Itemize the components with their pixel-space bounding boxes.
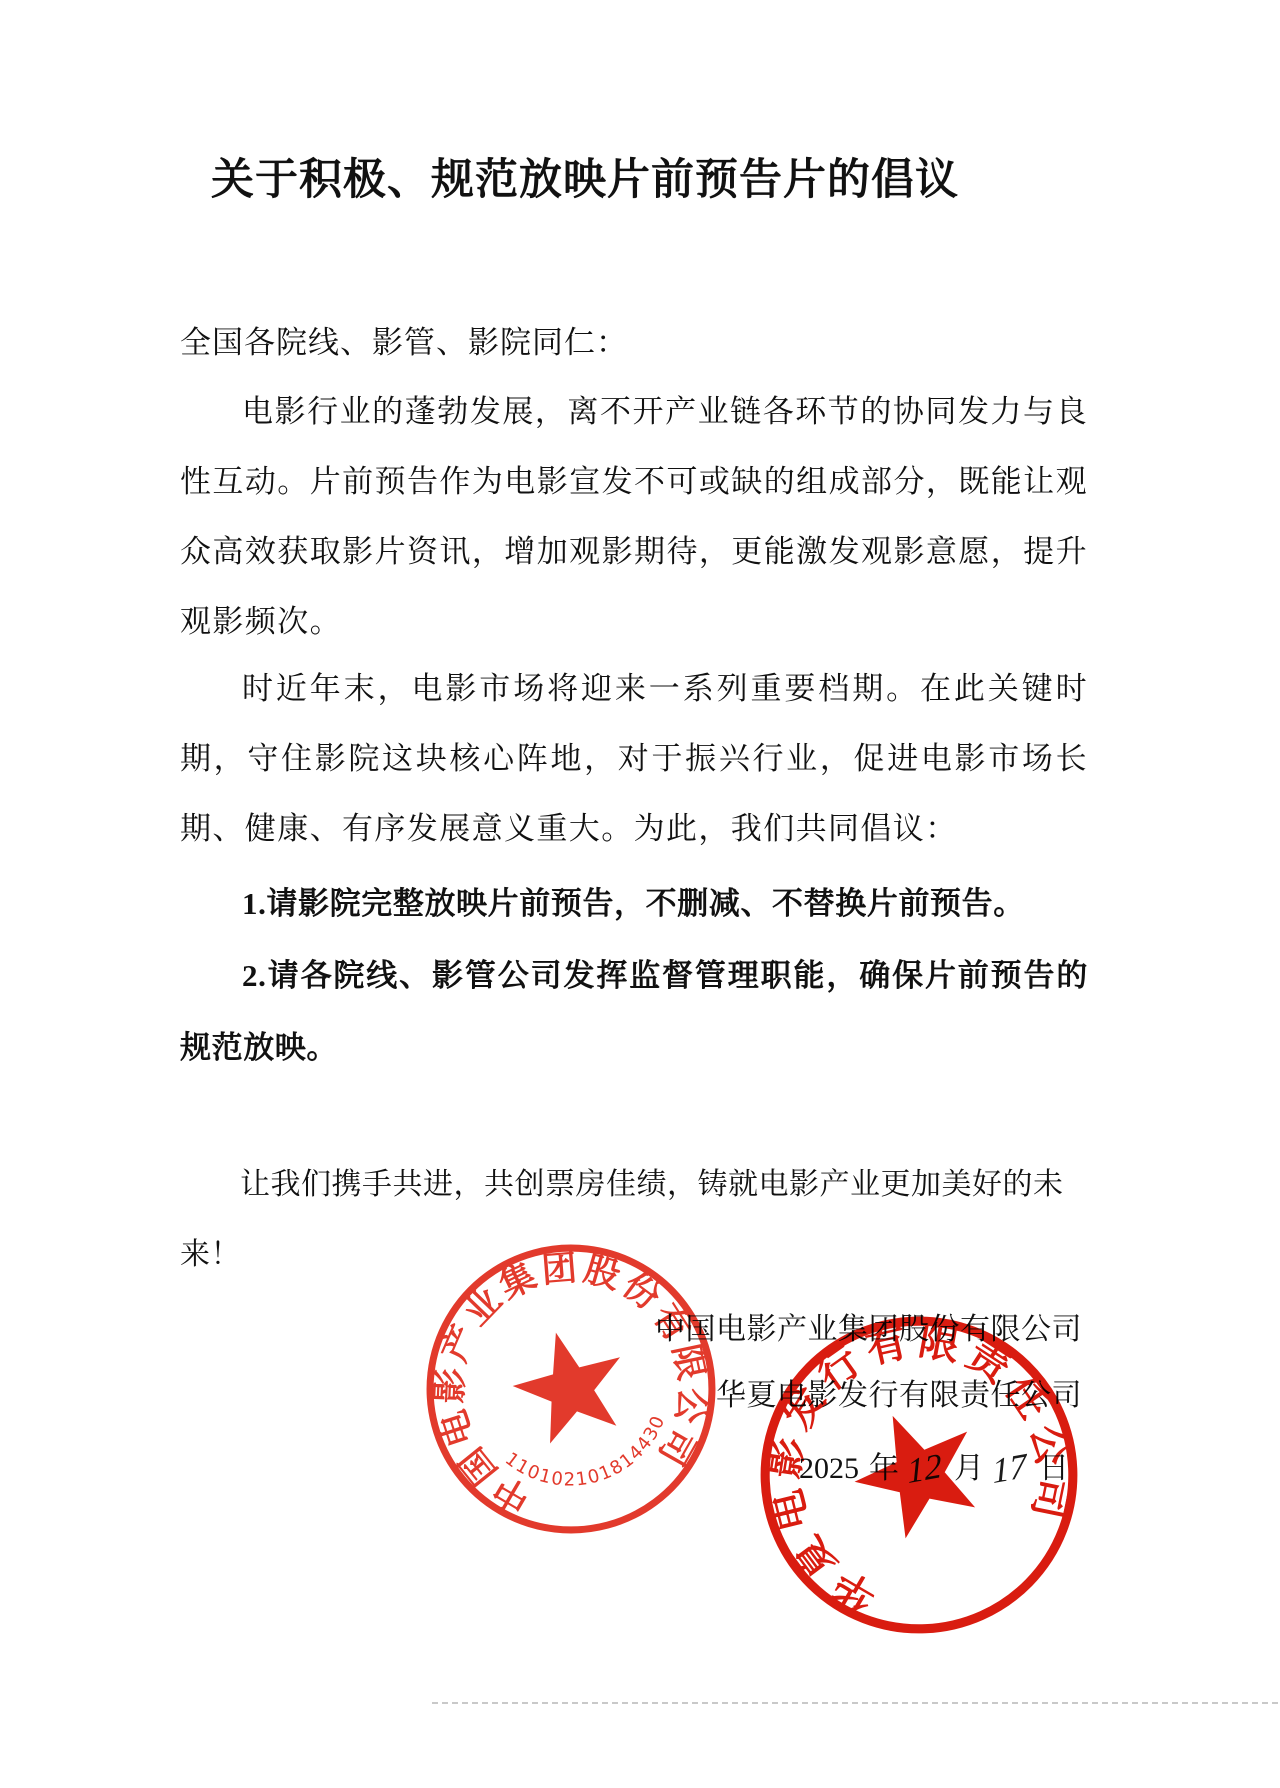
proposal-item-2: 2.请各院线、影管公司发挥监督管理职能，确保片前预告的规范放映。 [180,940,1088,1084]
salutation: 全国各院线、影管、影院同仁： [180,310,628,376]
body-paragraph: 电影行业的蓬勃发展，离不开产业链各环节的协同发力与良性互动。片前预告作为电影宣发… [180,377,1088,657]
proposal-item-1: 1.请影院完整放映片前预告，不删减、不替换片前预告。 [180,869,1088,939]
document-title: 关于积极、规范放映片前预告片的倡议 [211,150,959,212]
star-icon [836,1391,996,1548]
scanned-document-page: 关于积极、规范放映片前预告片的倡议 全国各院线、影管、影院同仁： 电影行业的蓬勃… [0,0,1280,1788]
scan-artifact-dashed-line [432,1702,1278,1704]
body-paragraph: 时近年末，电影市场将迎来一系列重要档期。在此关键时期，守住影院这块核心阵地，对于… [180,654,1088,864]
star-icon [502,1318,637,1449]
